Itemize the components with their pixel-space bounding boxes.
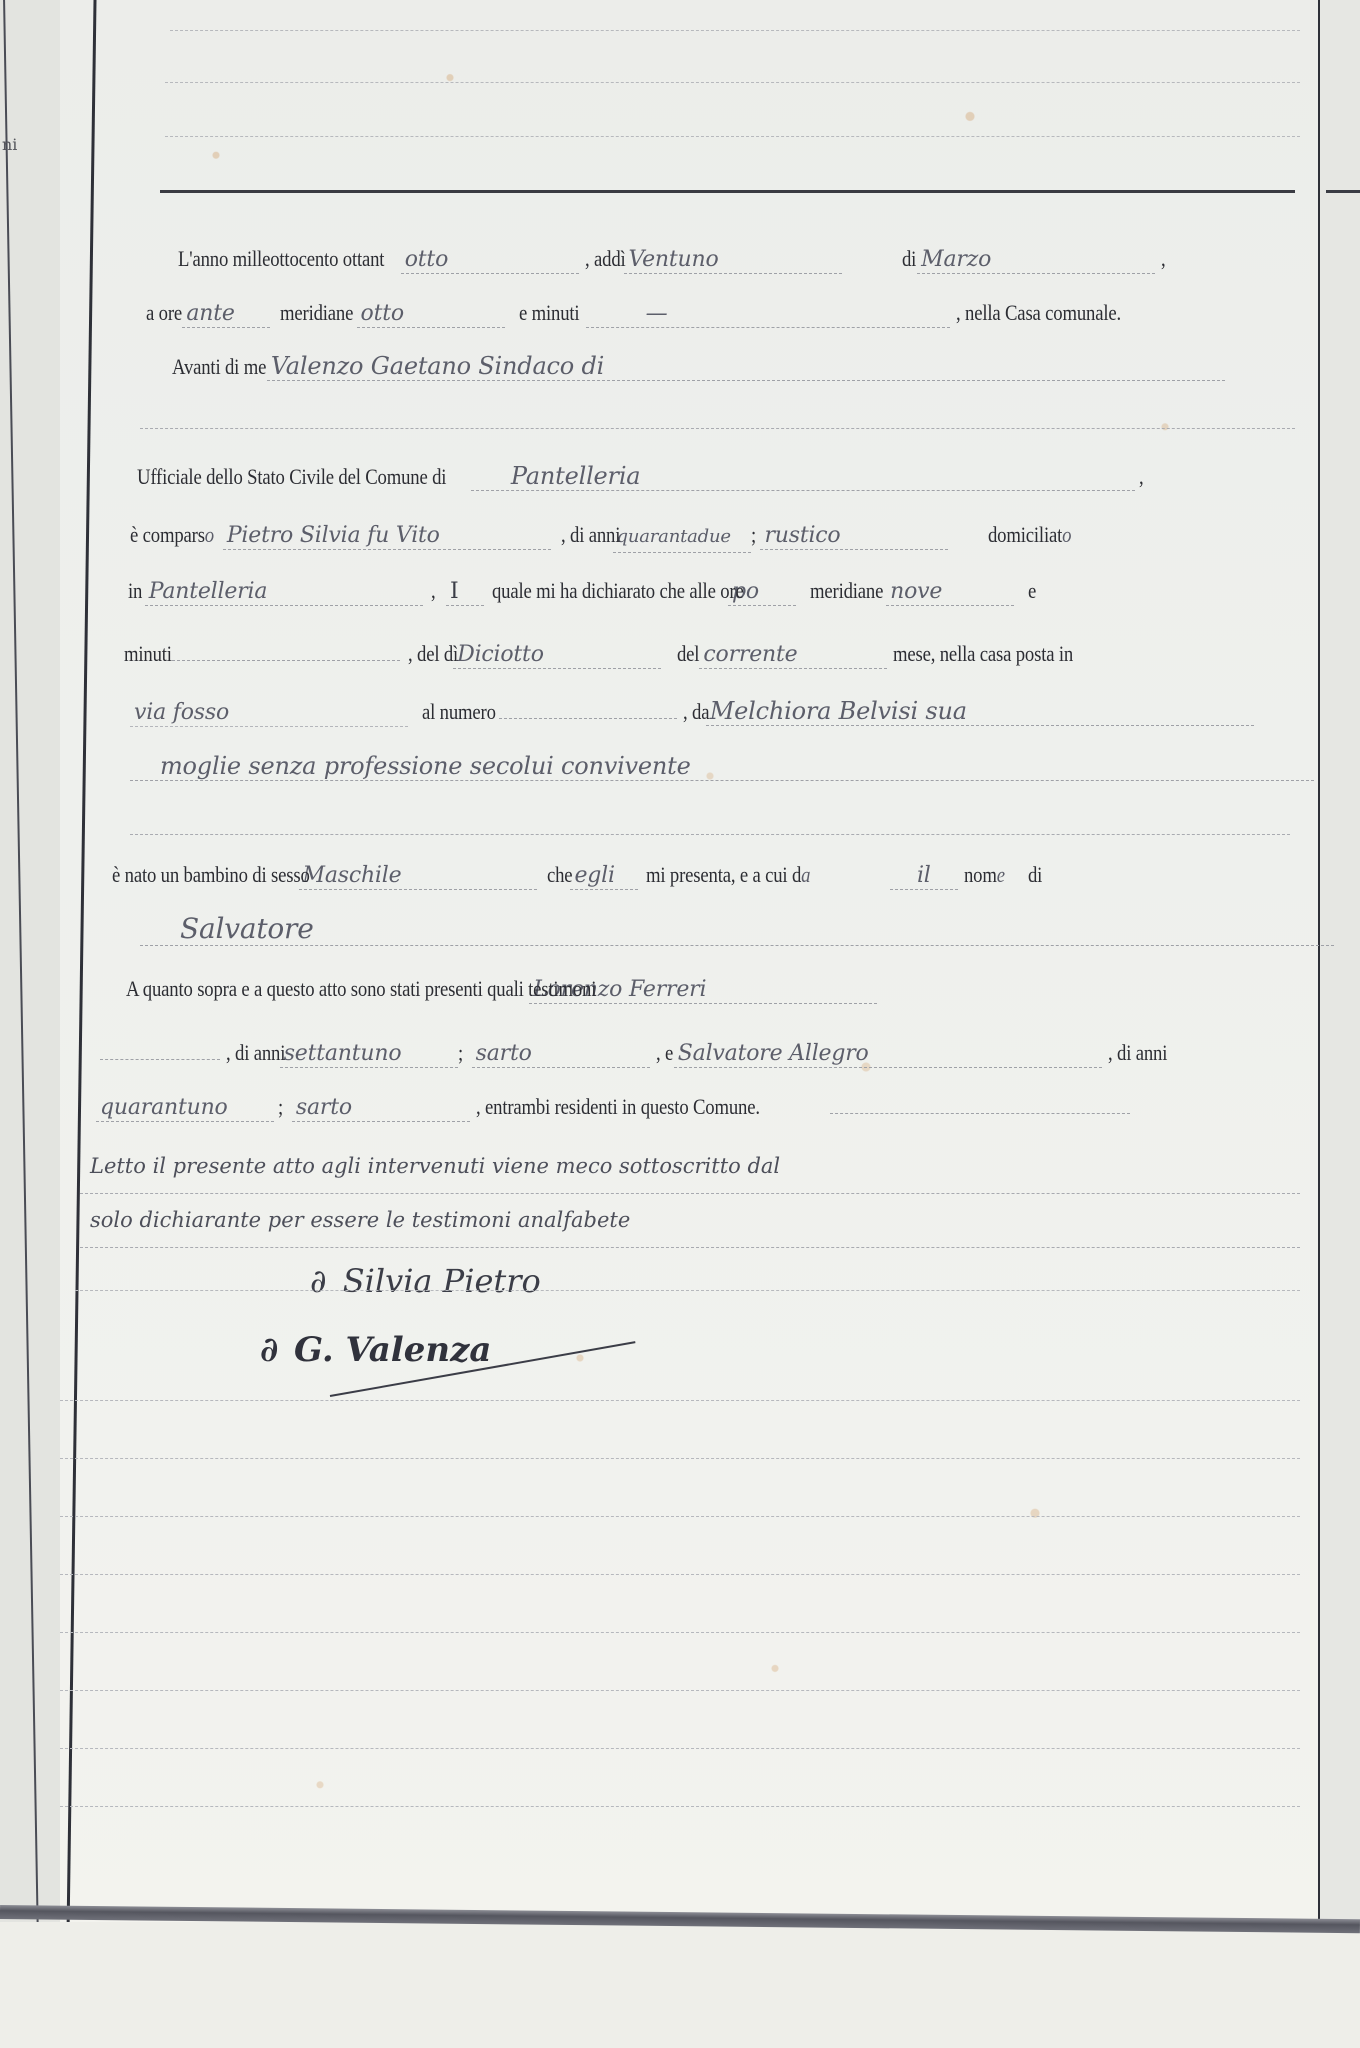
label-casa-comunale: , nella Casa comunale.	[956, 300, 1121, 326]
label-meridiane: meridiane	[280, 300, 353, 326]
field-hour: otto	[357, 301, 505, 328]
field-child-name: Salvatore	[140, 912, 1334, 946]
signature-officer: ∂ G. Valenza	[260, 1330, 491, 1370]
label-ufficiale: Ufficiale dello Stato Civile del Comune …	[137, 464, 446, 490]
flourish-icon: ∂	[310, 1262, 327, 1300]
field-residence: Pantelleria	[145, 579, 423, 606]
label-nome: nome	[964, 862, 1005, 888]
lower-page	[0, 1922, 1360, 2048]
blank-rule	[60, 1806, 1300, 1807]
blank-rule	[60, 1458, 1300, 1459]
field-year-suffix: otto	[401, 247, 579, 274]
label-e-minuti: e minuti	[519, 300, 579, 326]
blank-rule	[60, 1690, 1300, 1691]
form-line-house: via fosso al numero , da Melchiora Belvi…	[130, 692, 1254, 727]
field-birth-day: Diciotto	[453, 642, 661, 669]
form-line-date: L'anno milleottocento ottant otto , addì…	[178, 246, 1166, 274]
blank-rule	[140, 428, 1295, 429]
label-nato-bambino: è nato un bambino di sesso	[112, 862, 310, 888]
field-ante-post: ante	[182, 301, 270, 328]
field-witness-2-name: Salvatore Allegro	[674, 1041, 1102, 1068]
form-line-comune: Ufficiale dello Stato Civile del Comune …	[137, 462, 1144, 491]
field-house-number	[499, 692, 677, 719]
label-addi: , addì	[585, 246, 626, 272]
label-domiciliato: domiciliato	[988, 522, 1071, 548]
label-del: del	[677, 641, 699, 667]
form-line-declarant: è comparso Pietro Silvia fu Vito , di an…	[130, 522, 1086, 553]
blank-field	[830, 1112, 1130, 1114]
label-entrambi-residenti: , entrambi residenti in questo Comune.	[476, 1094, 760, 1120]
blank-rule	[130, 834, 1290, 835]
field-comune: Pantelleria	[471, 462, 1135, 491]
field-minutes: —	[586, 301, 950, 328]
label-quale-mi-ha-dichiarato: quale mi ha dichiarato che alle ore	[492, 578, 744, 604]
blank-field	[100, 1058, 220, 1060]
label-minuti: minuti	[124, 641, 172, 667]
label-da: , da	[683, 699, 709, 725]
label-al-numero: al numero	[422, 699, 496, 725]
field-mother-details: moglie senza professione secolui convive…	[130, 752, 1314, 781]
form-line-birth-date: minuti , del dì Diciotto del corrente me…	[124, 634, 1105, 669]
field-officer-name: Valenzo Gaetano Sindaco di	[267, 352, 1225, 381]
label-e: e	[1028, 578, 1036, 604]
field-witness-1-age: settantuno	[280, 1041, 458, 1068]
punct-semicolon: ;	[458, 1040, 463, 1066]
label-e-2: , e	[656, 1040, 673, 1066]
label-che: che	[547, 862, 572, 888]
label-meridiane-2: meridiane	[810, 578, 883, 604]
field-birth-hour: nove	[886, 579, 1014, 606]
field-day: Ventuno	[624, 247, 842, 274]
field-declarant-name: Pietro Silvia fu Vito	[223, 523, 551, 550]
field-mother-name: Melchiora Belvisi sua	[706, 697, 1254, 726]
field-birth-minutes	[172, 634, 400, 661]
form-line-time: a ore ante meridiane otto e minuti — , n…	[146, 300, 1150, 328]
closing-note-line: Letto il presente atto agli intervenuti …	[80, 1140, 1300, 1194]
punct-semicolon: ;	[751, 522, 756, 548]
field-month: Marzo	[917, 247, 1155, 274]
closing-note-line: solo dichiarante per essere le testimoni…	[80, 1194, 1300, 1248]
label-avanti-di-me: Avanti di me	[172, 354, 266, 380]
form-line-witnesses: A quanto sopra e a questo atto sono stat…	[126, 976, 877, 1004]
label-a-ore: a ore	[146, 300, 182, 326]
field-witness-2-age: quarantuno	[96, 1095, 274, 1122]
label-di-anni: , di anni	[561, 522, 620, 548]
field-birth-month: corrente	[699, 642, 887, 669]
punct-comma: ,	[1161, 246, 1166, 272]
signature-declarant-text: Silvia Pietro	[343, 1262, 541, 1300]
closing-note: Letto il presente atto agli intervenuti …	[80, 1140, 1300, 1248]
field-street: via fosso	[130, 700, 408, 727]
form-line-residence: in Pantelleria , I quale mi ha dichiarat…	[128, 578, 1038, 606]
blank-rule	[60, 1400, 1300, 1401]
field-declarant-profession: rustico	[760, 523, 948, 550]
form-line-child-sex: è nato un bambino di sesso Maschile che …	[112, 862, 1045, 890]
form-line-mother-details: moglie senza professione secolui convive…	[130, 752, 1314, 781]
field-article-il: il	[890, 863, 958, 890]
field-presenter: egli	[570, 863, 638, 890]
blank-rule	[60, 1748, 1300, 1749]
punct-comma: ,	[431, 578, 436, 604]
label-di-anni-3: , di anni	[1108, 1040, 1167, 1066]
label-di-anni-2: , di anni	[226, 1040, 285, 1066]
form-line-child-name: Salvatore	[140, 912, 1334, 946]
label-di-2: di	[1028, 862, 1042, 888]
empty-ruled-lines	[60, 1400, 1300, 1864]
label-in: in	[128, 578, 142, 604]
label-del-di: , del dì	[408, 641, 458, 667]
field-declarant-age: quarantadue	[613, 526, 751, 553]
field-witness-1-profession: sarto	[472, 1041, 650, 1068]
label-di: di	[902, 246, 916, 272]
label-mese-casa-posta: mese, nella casa posta in	[893, 641, 1073, 667]
blank-rule	[75, 1290, 1300, 1291]
blank-rule	[60, 1516, 1300, 1517]
blank-rule	[60, 1632, 1300, 1633]
punct-comma: ,	[1139, 464, 1144, 490]
label-year: L'anno milleottocento ottant	[178, 246, 384, 272]
blank-rule	[60, 1574, 1300, 1575]
punct-semicolon: ;	[278, 1094, 283, 1120]
form-line-witness-ages: , di anni settantuno ; sarto , e Salvato…	[100, 1040, 1178, 1068]
signature-declarant: ∂ Silvia Pietro	[310, 1262, 541, 1300]
flourish-icon: ∂	[260, 1330, 278, 1370]
field-article: I	[446, 579, 484, 606]
field-witness-2-profession: sarto	[292, 1095, 470, 1122]
label-comparso: è comparso	[130, 522, 214, 548]
form-line-witness-2-details: quarantuno ; sarto , entrambi residenti …	[96, 1094, 1130, 1122]
form-line-officer: Avanti di me Valenzo Gaetano Sindaco di	[172, 352, 1225, 381]
label-testimoni: A quanto sopra e a questo atto sono stat…	[126, 976, 596, 1002]
field-child-sex: Maschile	[299, 863, 537, 890]
signature-officer-text: G. Valenza	[294, 1330, 491, 1370]
label-mi-presenta: mi presenta, e a cui da	[646, 862, 810, 888]
